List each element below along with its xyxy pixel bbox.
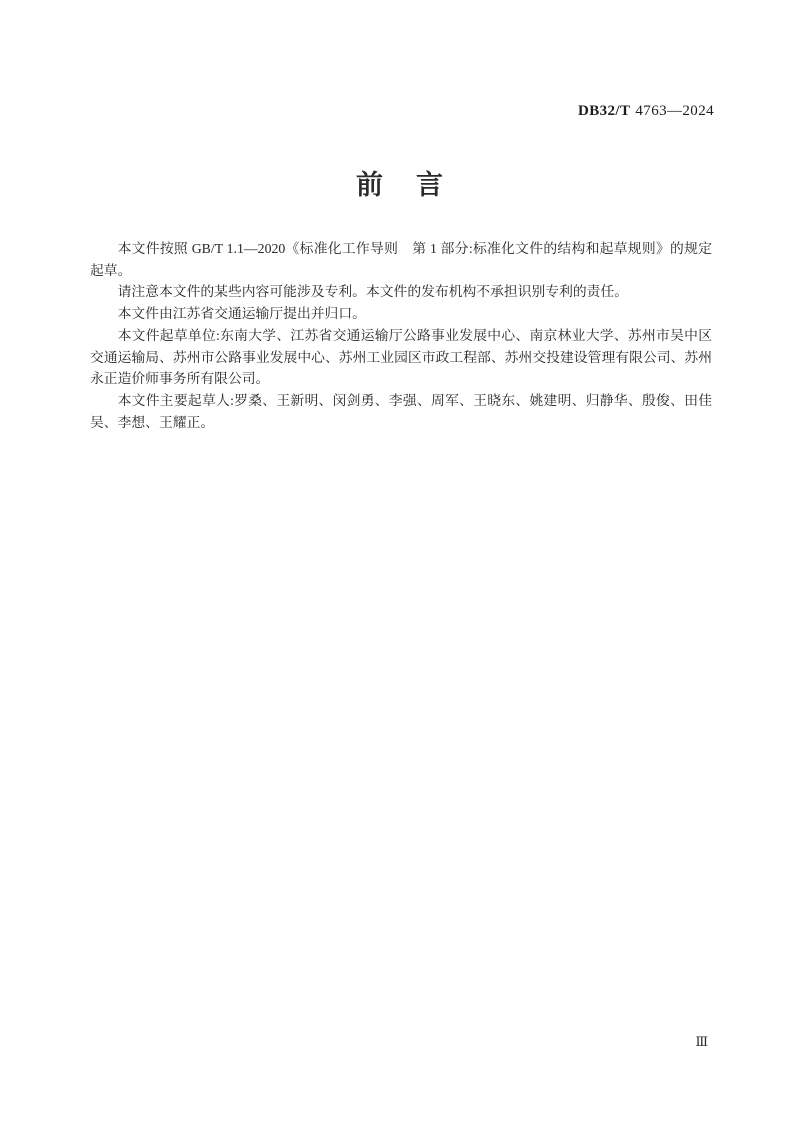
foreword-title: 前 言	[90, 163, 712, 202]
paragraph-drafting-organizations: 本文件起草单位:东南大学、江苏省交通运输厅公路事业发展中心、南京林业大学、苏州市…	[90, 325, 712, 390]
paragraph-patent-notice: 请注意本文件的某些内容可能涉及专利。本文件的发布机构不承担识别专利的责任。	[90, 281, 712, 303]
page-number: Ⅲ	[695, 1034, 708, 1050]
paragraph-main-drafters: 本文件主要起草人:罗桑、王新明、闵剑勇、李强、周军、王晓东、姚建明、归静华、殷俊…	[90, 390, 712, 433]
document-code-number: 4763—2024	[635, 103, 714, 119]
paragraph-proposing-authority: 本文件由江苏省交通运输厅提出并归口。	[90, 303, 712, 325]
foreword-body: 本文件按照 GB/T 1.1—2020《标准化工作导则 第 1 部分:标准化文件…	[90, 238, 712, 433]
document-page: DB32/T4763—2024 前 言 本文件按照 GB/T 1.1—2020《…	[0, 0, 800, 1123]
document-code: DB32/T4763—2024	[578, 103, 714, 120]
paragraph-drafting-rules: 本文件按照 GB/T 1.1—2020《标准化工作导则 第 1 部分:标准化文件…	[90, 238, 712, 281]
document-code-prefix: DB32/T	[578, 103, 630, 119]
